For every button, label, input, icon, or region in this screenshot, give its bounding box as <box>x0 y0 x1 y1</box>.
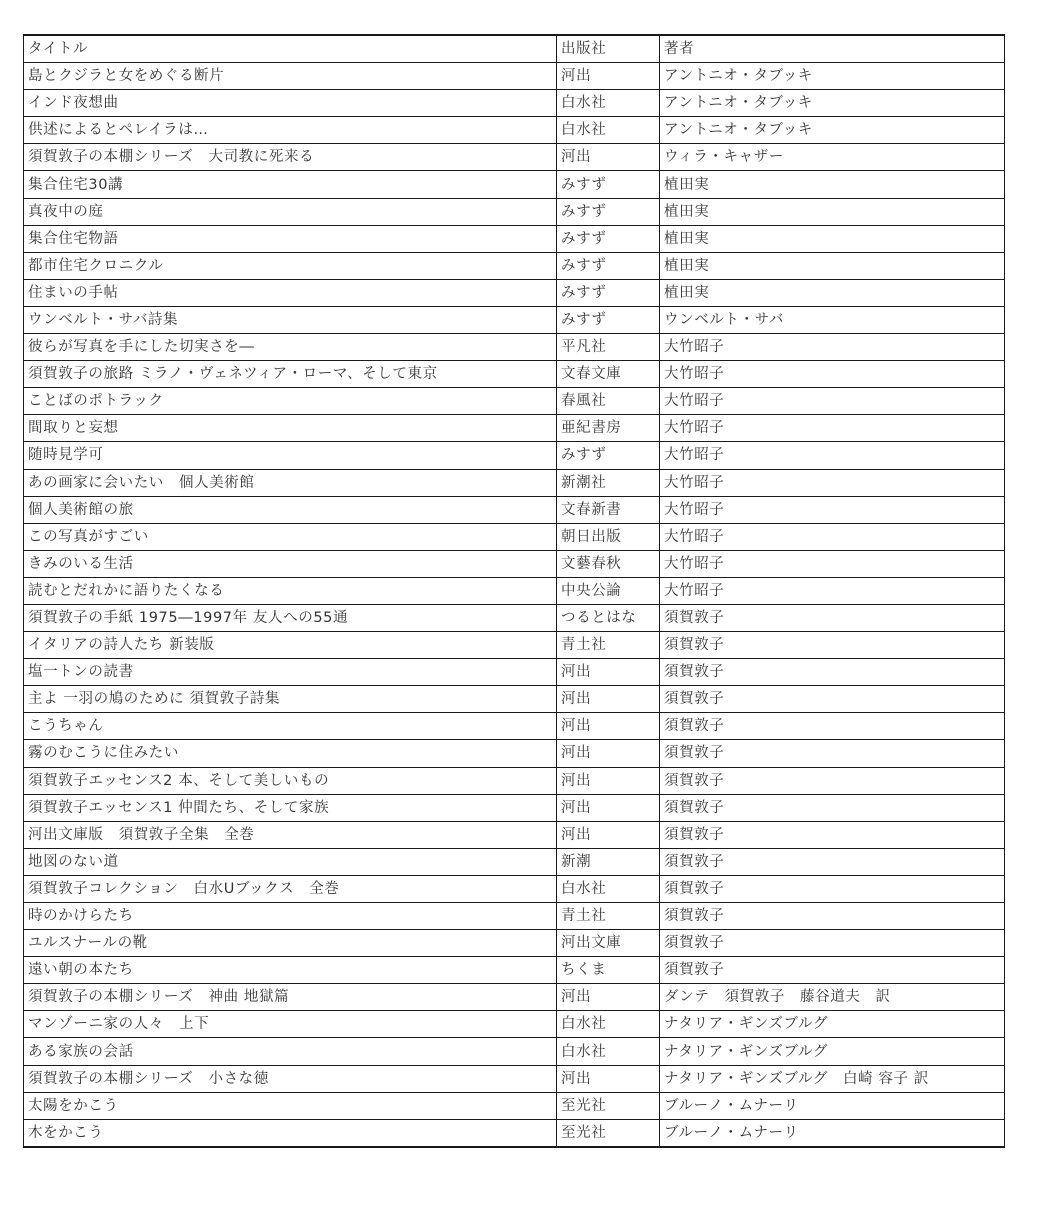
cell-publisher[interactable]: 青土社 <box>557 903 660 930</box>
cell-publisher[interactable]: 河出 <box>557 984 660 1011</box>
table-row: 集合住宅物語みすず植田実 <box>24 225 1005 252</box>
cell-publisher[interactable]: 河出文庫 <box>557 930 660 957</box>
cell-title[interactable]: 遠い朝の本たち <box>24 957 557 984</box>
table-row: 都市住宅クロニクルみすず植田実 <box>24 252 1005 279</box>
cell-title[interactable]: 須賀敦子の本棚シリーズ 神曲 地獄篇 <box>24 984 557 1011</box>
table-row: 塩一トンの読書河出須賀敦子 <box>24 659 1005 686</box>
cell-title[interactable]: 須賀敦子エッセンス2 本、そして美しいもの <box>24 767 557 794</box>
cell-author[interactable]: アントニオ・タブッキ <box>660 117 1005 144</box>
table-row: 主よ 一羽の鳩のために 須賀敦子詩集河出須賀敦子 <box>24 686 1005 713</box>
cell-title[interactable]: 須賀敦子の旅路 ミラノ・ヴェネツィア・ローマ、そして東京 <box>24 361 557 388</box>
cell-author[interactable]: 大竹昭子 <box>660 334 1005 361</box>
cell-publisher[interactable]: 亜紀書房 <box>557 415 660 442</box>
table-row: 彼らが写真を手にした切実さを―平凡社大竹昭子 <box>24 334 1005 361</box>
table-row: 須賀敦子の本棚シリーズ 神曲 地獄篇河出ダンテ 須賀敦子 藤谷道夫 訳 <box>24 984 1005 1011</box>
cell-title[interactable]: あの画家に会いたい 個人美術館 <box>24 469 557 496</box>
cell-title[interactable]: ことばのポトラック <box>24 388 557 415</box>
header-title: タイトル <box>24 35 557 63</box>
cell-author[interactable]: 須賀敦子 <box>660 821 1005 848</box>
table-row: 須賀敦子の本棚シリーズ 小さな徳河出ナタリア・ギンズブルグ 白崎 容子 訳 <box>24 1065 1005 1092</box>
table-row: マンゾーニ家の人々 上下白水社ナタリア・ギンズブルグ <box>24 1011 1005 1038</box>
cell-publisher[interactable]: 河出 <box>557 821 660 848</box>
cell-publisher[interactable]: 平凡社 <box>557 334 660 361</box>
cell-title[interactable]: 真夜中の庭 <box>24 198 557 225</box>
cell-publisher[interactable]: みすず <box>557 442 660 469</box>
table-row: こうちゃん河出須賀敦子 <box>24 713 1005 740</box>
cell-publisher[interactable]: 至光社 <box>557 1119 660 1147</box>
table-row: きみのいる生活文藝春秋大竹昭子 <box>24 550 1005 577</box>
cell-author[interactable]: 大竹昭子 <box>660 523 1005 550</box>
cell-title[interactable]: 集合住宅物語 <box>24 225 557 252</box>
cell-publisher[interactable]: 河出 <box>557 659 660 686</box>
cell-author[interactable]: 須賀敦子 <box>660 767 1005 794</box>
cell-title[interactable]: 須賀敦子の本棚シリーズ 大司教に死来る <box>24 144 557 171</box>
header-author: 著者 <box>660 35 1005 63</box>
cell-publisher[interactable]: 青土社 <box>557 632 660 659</box>
cell-title[interactable]: 須賀敦子の本棚シリーズ 小さな徳 <box>24 1065 557 1092</box>
cell-author[interactable]: ナタリア・ギンズブルグ <box>660 1011 1005 1038</box>
cell-title[interactable]: 読むとだれかに語りたくなる <box>24 577 557 604</box>
table-row: 時のかけらたち青土社須賀敦子 <box>24 903 1005 930</box>
cell-author[interactable]: ダンテ 須賀敦子 藤谷道夫 訳 <box>660 984 1005 1011</box>
cell-title[interactable]: こうちゃん <box>24 713 557 740</box>
cell-publisher[interactable]: みすず <box>557 279 660 306</box>
cell-publisher[interactable]: みすず <box>557 225 660 252</box>
table-row: イタリアの詩人たち 新装版青土社須賀敦子 <box>24 632 1005 659</box>
cell-author[interactable]: 須賀敦子 <box>660 903 1005 930</box>
cell-author[interactable]: 大竹昭子 <box>660 577 1005 604</box>
cell-title[interactable]: 島とクジラと女をめぐる断片 <box>24 63 557 90</box>
table-row: この写真がすごい朝日出版大竹昭子 <box>24 523 1005 550</box>
table-row: 河出文庫版 須賀敦子全集 全巻河出須賀敦子 <box>24 821 1005 848</box>
table-row: 島とクジラと女をめぐる断片河出アントニオ・タブッキ <box>24 63 1005 90</box>
cell-author[interactable]: 大竹昭子 <box>660 361 1005 388</box>
cell-publisher[interactable]: 河出 <box>557 1065 660 1092</box>
cell-publisher[interactable]: 白水社 <box>557 1011 660 1038</box>
cell-title[interactable]: 須賀敦子エッセンス1 仲間たち、そして家族 <box>24 794 557 821</box>
cell-publisher[interactable]: 河出 <box>557 144 660 171</box>
cell-title[interactable]: 須賀敦子コレクション 白水Uブックス 全巻 <box>24 875 557 902</box>
cell-publisher[interactable]: 文春文庫 <box>557 361 660 388</box>
book-list-sheet: タイトル 出版社 著者 島とクジラと女をめぐる断片河出アントニオ・タブッキインド… <box>23 34 1004 1148</box>
cell-title[interactable]: 供述によるとペレイラは… <box>24 117 557 144</box>
table-row: 太陽をかこう至光社ブルーノ・ムナーリ <box>24 1092 1005 1119</box>
cell-title[interactable]: 住まいの手帖 <box>24 279 557 306</box>
cell-publisher[interactable]: 中央公論 <box>557 577 660 604</box>
table-row: 読むとだれかに語りたくなる中央公論大竹昭子 <box>24 577 1005 604</box>
cell-title[interactable]: きみのいる生活 <box>24 550 557 577</box>
table-row: 住まいの手帖みすず植田実 <box>24 279 1005 306</box>
cell-author[interactable]: 大竹昭子 <box>660 469 1005 496</box>
cell-author[interactable]: 須賀敦子 <box>660 713 1005 740</box>
cell-author[interactable]: 大竹昭子 <box>660 496 1005 523</box>
cell-author[interactable]: 須賀敦子 <box>660 875 1005 902</box>
cell-title[interactable]: 個人美術館の旅 <box>24 496 557 523</box>
cell-publisher[interactable]: ちくま <box>557 957 660 984</box>
table-row: 須賀敦子エッセンス2 本、そして美しいもの河出須賀敦子 <box>24 767 1005 794</box>
table-row: 須賀敦子の旅路 ミラノ・ヴェネツィア・ローマ、そして東京文春文庫大竹昭子 <box>24 361 1005 388</box>
cell-publisher[interactable]: 白水社 <box>557 875 660 902</box>
cell-title[interactable]: イタリアの詩人たち 新装版 <box>24 632 557 659</box>
cell-publisher[interactable]: 新潮 <box>557 848 660 875</box>
table-row: 木をかこう至光社ブルーノ・ムナーリ <box>24 1119 1005 1147</box>
cell-author[interactable]: 須賀敦子 <box>660 686 1005 713</box>
table-row: ことばのポトラック春風社大竹昭子 <box>24 388 1005 415</box>
table-row: 霧のむこうに住みたい河出須賀敦子 <box>24 740 1005 767</box>
cell-author[interactable]: 植田実 <box>660 198 1005 225</box>
cell-author[interactable]: 大竹昭子 <box>660 550 1005 577</box>
cell-title[interactable]: 地図のない道 <box>24 848 557 875</box>
cell-author[interactable]: 大竹昭子 <box>660 388 1005 415</box>
cell-title[interactable]: この写真がすごい <box>24 523 557 550</box>
cell-author[interactable]: ブルーノ・ムナーリ <box>660 1092 1005 1119</box>
cell-title[interactable]: 主よ 一羽の鳩のために 須賀敦子詩集 <box>24 686 557 713</box>
table-row: 須賀敦子エッセンス1 仲間たち、そして家族河出須賀敦子 <box>24 794 1005 821</box>
cell-publisher[interactable]: 白水社 <box>557 1038 660 1065</box>
cell-author[interactable]: 大竹昭子 <box>660 415 1005 442</box>
cell-publisher[interactable]: 至光社 <box>557 1092 660 1119</box>
cell-title[interactable]: 木をかこう <box>24 1119 557 1147</box>
cell-publisher[interactable]: 河出 <box>557 740 660 767</box>
cell-author[interactable]: 植田実 <box>660 171 1005 198</box>
book-table: タイトル 出版社 著者 島とクジラと女をめぐる断片河出アントニオ・タブッキインド… <box>23 34 1005 1148</box>
table-row: 須賀敦子コレクション 白水Uブックス 全巻白水社須賀敦子 <box>24 875 1005 902</box>
table-row: あの画家に会いたい 個人美術館新潮社大竹昭子 <box>24 469 1005 496</box>
cell-title[interactable]: 時のかけらたち <box>24 903 557 930</box>
table-row: ユルスナールの靴河出文庫須賀敦子 <box>24 930 1005 957</box>
cell-author[interactable]: 須賀敦子 <box>660 930 1005 957</box>
table-row: 間取りと妄想亜紀書房大竹昭子 <box>24 415 1005 442</box>
cell-publisher[interactable]: 春風社 <box>557 388 660 415</box>
header-publisher: 出版社 <box>557 35 660 63</box>
cell-publisher[interactable]: 河出 <box>557 63 660 90</box>
cell-author[interactable]: 須賀敦子 <box>660 659 1005 686</box>
cell-author[interactable]: 植田実 <box>660 225 1005 252</box>
cell-title[interactable]: 太陽をかこう <box>24 1092 557 1119</box>
cell-title[interactable]: マンゾーニ家の人々 上下 <box>24 1011 557 1038</box>
cell-publisher[interactable]: みすず <box>557 198 660 225</box>
cell-publisher[interactable]: 白水社 <box>557 117 660 144</box>
cell-author[interactable]: 植田実 <box>660 252 1005 279</box>
cell-title[interactable]: ユルスナールの靴 <box>24 930 557 957</box>
cell-title[interactable]: 彼らが写真を手にした切実さを― <box>24 334 557 361</box>
cell-publisher[interactable]: つるとはな <box>557 604 660 631</box>
table-row: 須賀敦子の手紙 1975―1997年 友人への55通つるとはな須賀敦子 <box>24 604 1005 631</box>
cell-author[interactable]: 須賀敦子 <box>660 740 1005 767</box>
cell-author[interactable]: 大竹昭子 <box>660 442 1005 469</box>
table-row: 遠い朝の本たちちくま須賀敦子 <box>24 957 1005 984</box>
cell-title[interactable]: ある家族の会話 <box>24 1038 557 1065</box>
cell-author[interactable]: アントニオ・タブッキ <box>660 90 1005 117</box>
table-row: 集合住宅30講みすず植田実 <box>24 171 1005 198</box>
cell-publisher[interactable]: みすず <box>557 171 660 198</box>
table-row: 地図のない道新潮須賀敦子 <box>24 848 1005 875</box>
table-row: ウンベルト・サバ詩集みすずウンベルト・サバ <box>24 306 1005 333</box>
cell-author[interactable]: 須賀敦子 <box>660 604 1005 631</box>
cell-title[interactable]: 河出文庫版 須賀敦子全集 全巻 <box>24 821 557 848</box>
cell-author[interactable]: ブルーノ・ムナーリ <box>660 1119 1005 1147</box>
cell-title[interactable]: ウンベルト・サバ詩集 <box>24 306 557 333</box>
cell-publisher[interactable]: 河出 <box>557 686 660 713</box>
cell-author[interactable]: アントニオ・タブッキ <box>660 63 1005 90</box>
cell-title[interactable]: 霧のむこうに住みたい <box>24 740 557 767</box>
cell-publisher[interactable]: 白水社 <box>557 90 660 117</box>
cell-author[interactable]: 須賀敦子 <box>660 957 1005 984</box>
cell-title[interactable]: 塩一トンの読書 <box>24 659 557 686</box>
cell-publisher[interactable]: 朝日出版 <box>557 523 660 550</box>
cell-author[interactable]: ナタリア・ギンズブルグ <box>660 1038 1005 1065</box>
cell-title[interactable]: 都市住宅クロニクル <box>24 252 557 279</box>
table-row: 須賀敦子の本棚シリーズ 大司教に死来る河出ウィラ・キャザー <box>24 144 1005 171</box>
header-row: タイトル 出版社 著者 <box>24 35 1005 63</box>
table-row: 供述によるとペレイラは…白水社アントニオ・タブッキ <box>24 117 1005 144</box>
cell-publisher[interactable]: 河出 <box>557 767 660 794</box>
table-row: 真夜中の庭みすず植田実 <box>24 198 1005 225</box>
cell-publisher[interactable]: 河出 <box>557 713 660 740</box>
cell-author[interactable]: ウンベルト・サバ <box>660 306 1005 333</box>
cell-author[interactable]: ウィラ・キャザー <box>660 144 1005 171</box>
cell-publisher[interactable]: 新潮社 <box>557 469 660 496</box>
cell-publisher[interactable]: みすず <box>557 252 660 279</box>
cell-title[interactable]: 間取りと妄想 <box>24 415 557 442</box>
cell-title[interactable]: 集合住宅30講 <box>24 171 557 198</box>
table-row: インド夜想曲白水社アントニオ・タブッキ <box>24 90 1005 117</box>
cell-publisher[interactable]: 河出 <box>557 794 660 821</box>
cell-publisher[interactable]: みすず <box>557 306 660 333</box>
table-row: ある家族の会話白水社ナタリア・ギンズブルグ <box>24 1038 1005 1065</box>
cell-author[interactable]: 須賀敦子 <box>660 632 1005 659</box>
cell-author[interactable]: 須賀敦子 <box>660 848 1005 875</box>
cell-title[interactable]: インド夜想曲 <box>24 90 557 117</box>
cell-author[interactable]: 植田実 <box>660 279 1005 306</box>
cell-author[interactable]: ナタリア・ギンズブルグ 白崎 容子 訳 <box>660 1065 1005 1092</box>
table-body: 島とクジラと女をめぐる断片河出アントニオ・タブッキインド夜想曲白水社アントニオ・… <box>24 63 1005 1147</box>
cell-publisher[interactable]: 文藝春秋 <box>557 550 660 577</box>
cell-publisher[interactable]: 文春新書 <box>557 496 660 523</box>
cell-author[interactable]: 須賀敦子 <box>660 794 1005 821</box>
table-row: 個人美術館の旅文春新書大竹昭子 <box>24 496 1005 523</box>
cell-title[interactable]: 随時見学可 <box>24 442 557 469</box>
table-row: 随時見学可みすず大竹昭子 <box>24 442 1005 469</box>
cell-title[interactable]: 須賀敦子の手紙 1975―1997年 友人への55通 <box>24 604 557 631</box>
